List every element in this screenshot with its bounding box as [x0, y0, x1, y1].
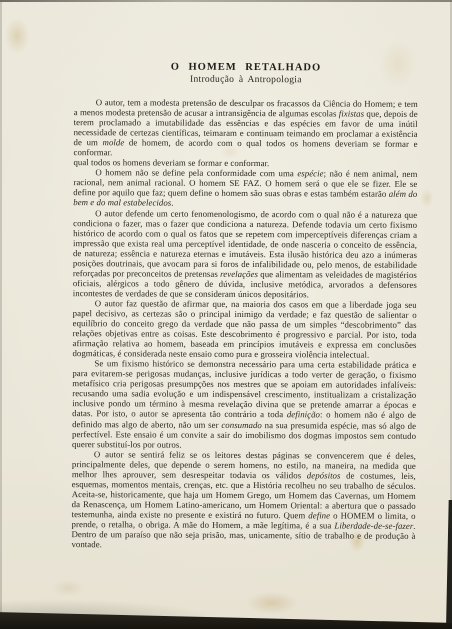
italic-text-segment: espécie: [297, 169, 323, 179]
paragraph: O autor faz questão de afirmar que, na m…: [72, 298, 416, 360]
paragraph: O autor se sentirá feliz se os leitores …: [71, 449, 416, 551]
italic-text-segment: revelações: [220, 269, 258, 279]
body-text: O autor, tem a modesta pretensão de desc…: [71, 97, 417, 551]
paragraph: O autor, tem a modesta pretensão de desc…: [73, 97, 417, 159]
italic-text-segment: consumado: [221, 419, 262, 429]
scan-edge-left: [0, 0, 2, 629]
page-subtitle: Introdução à Antropologia: [74, 73, 418, 87]
paragraph: Se um fixismo histórico se demonstra nec…: [72, 358, 416, 450]
paragraph: O homem não se define pela conformidade …: [73, 167, 417, 209]
italic-text-segment: fixistas: [339, 109, 364, 119]
page-content: O HOMEM RETALHADO Introdução à Antropolo…: [71, 60, 418, 551]
scanned-page: O HOMEM RETALHADO Introdução à Antropolo…: [0, 0, 452, 629]
text-segment: .: [171, 198, 173, 208]
text-segment: O autor faz questão de afirmar que, na m…: [72, 298, 416, 360]
text-segment: de homem, de acordo com o qual todos os …: [73, 138, 417, 158]
italic-text-segment: depósitos: [307, 470, 341, 480]
italic-text-segment: definição: [287, 410, 320, 420]
scan-edge-top: [0, 0, 452, 2]
italic-text-segment: Liberdade-de-se-fazer: [334, 520, 413, 530]
paragraph: O autor defende um certo fenomenologismo…: [73, 208, 417, 300]
italic-text-segment: define: [308, 510, 330, 520]
italic-text-segment: molde: [103, 137, 125, 147]
